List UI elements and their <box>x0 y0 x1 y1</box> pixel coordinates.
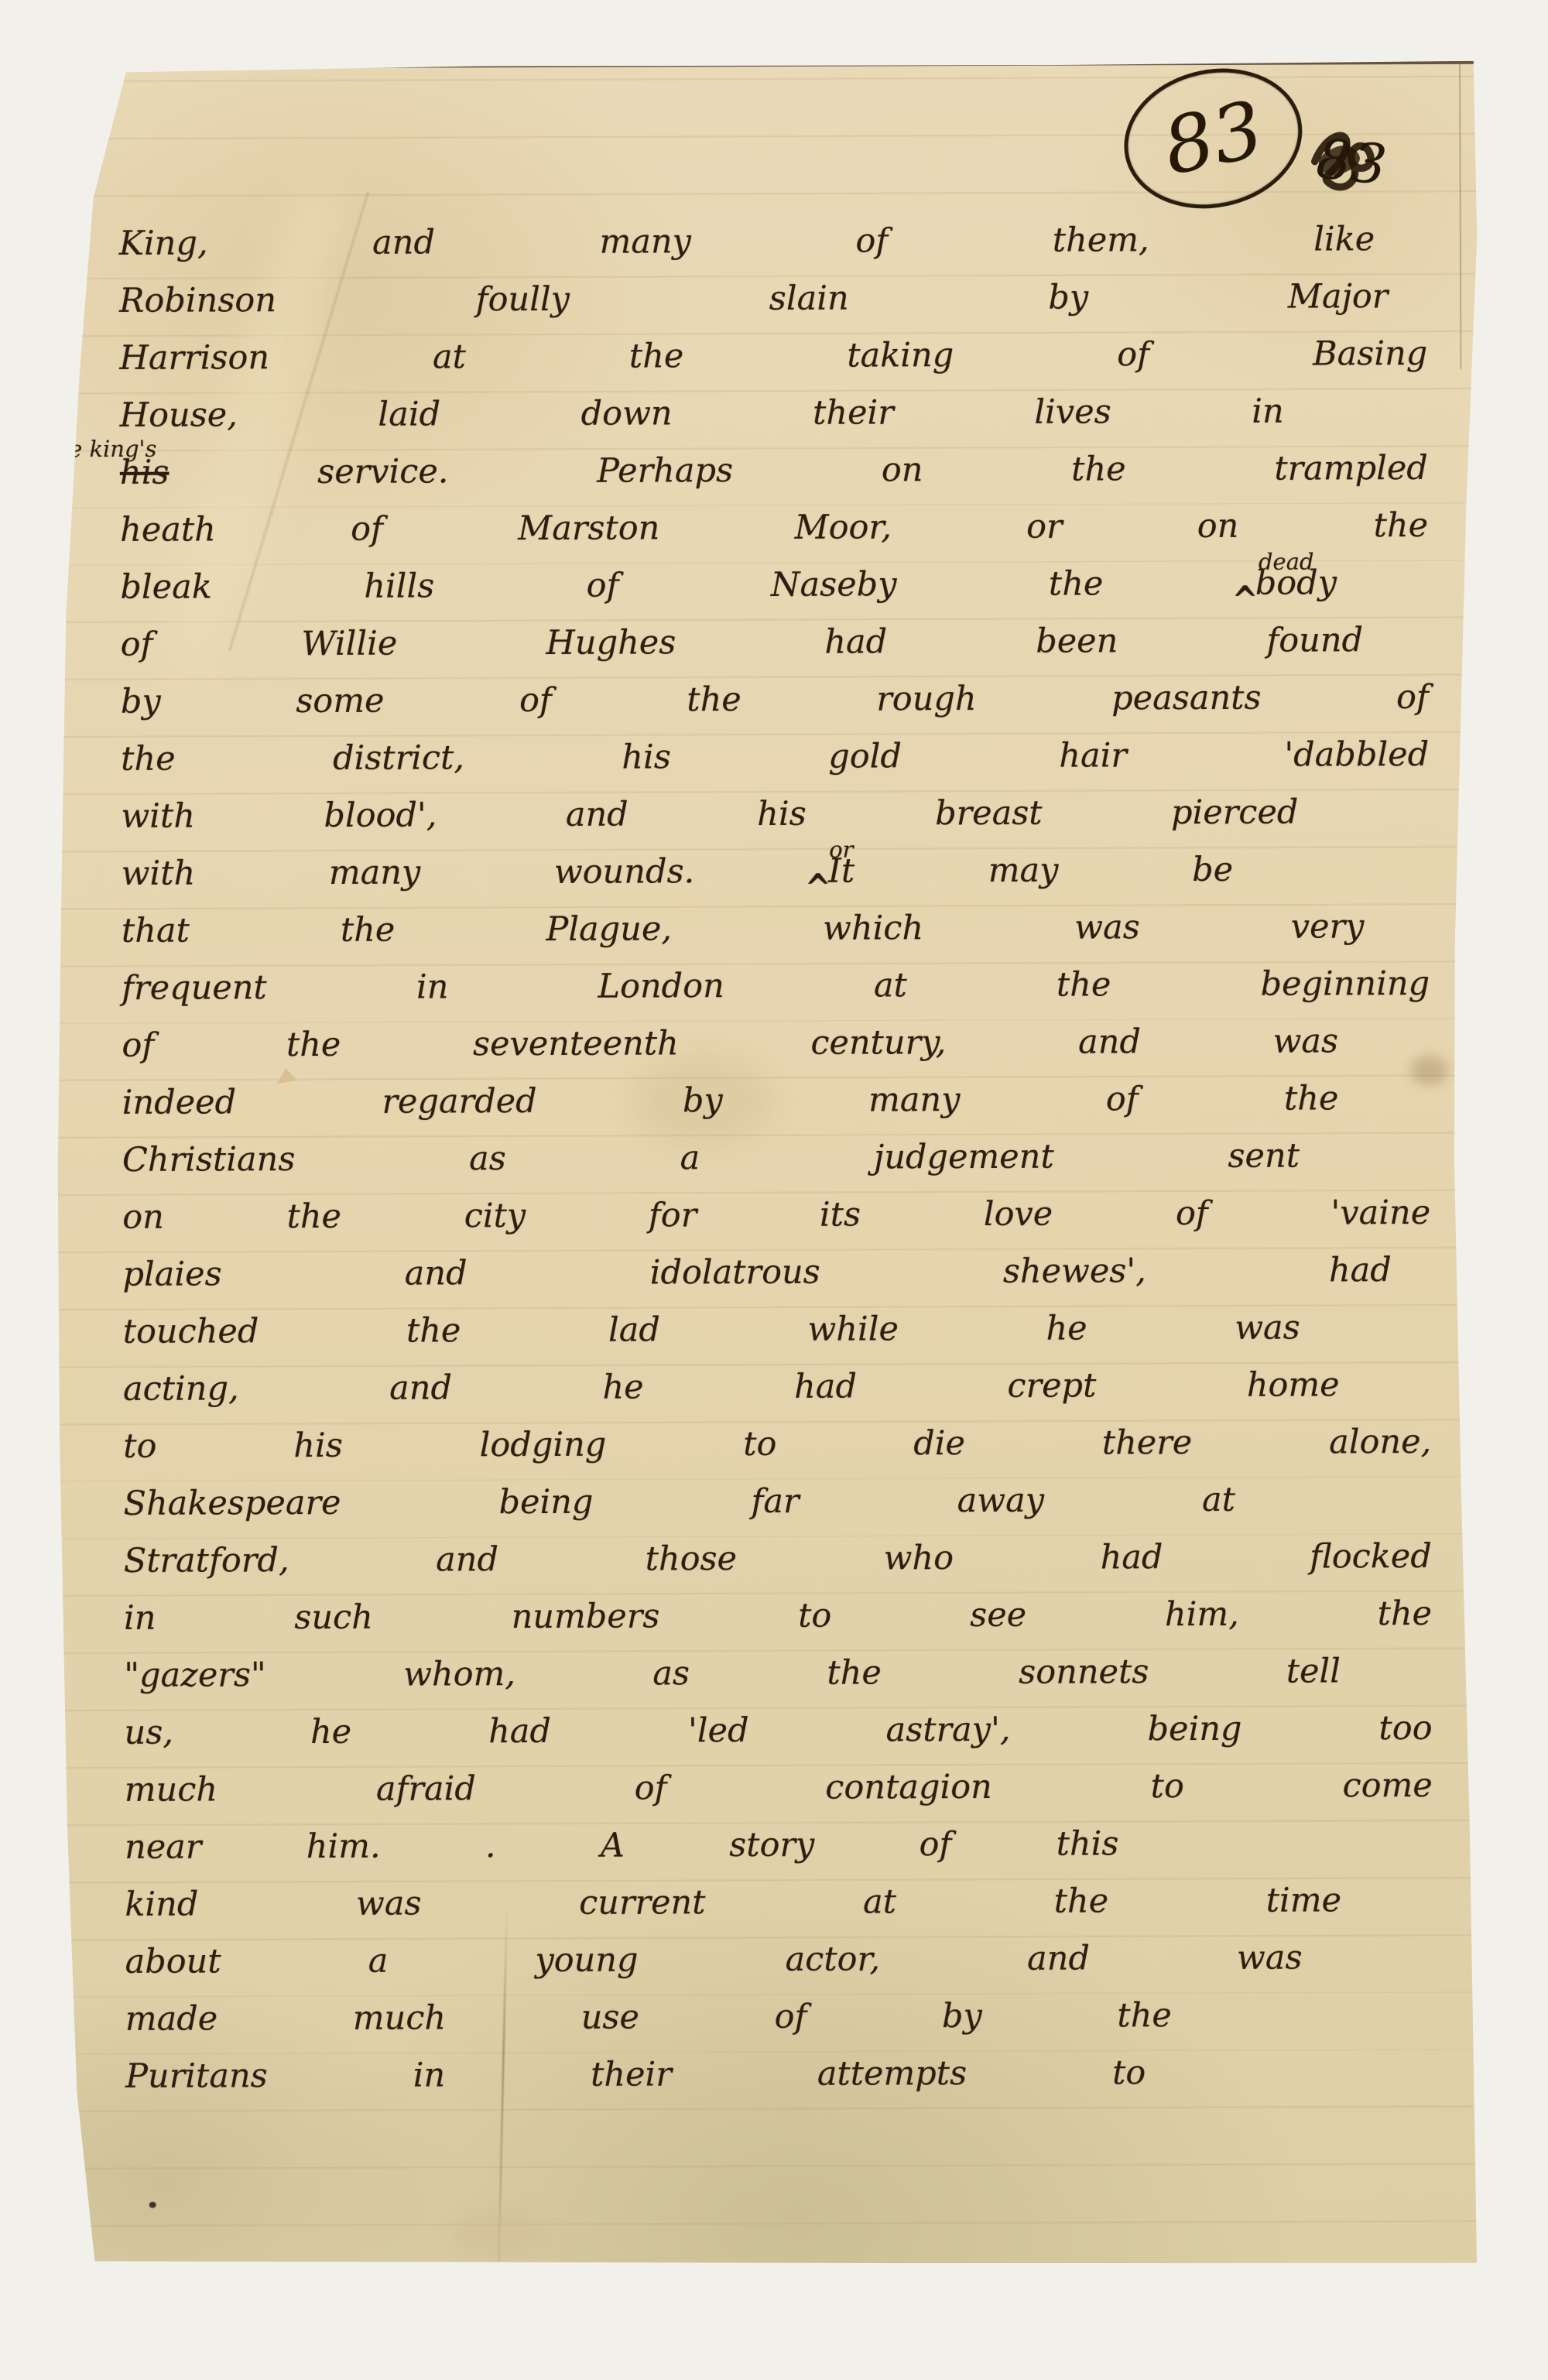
handwritten-word: of <box>635 1769 667 1807</box>
handwritten-word: A <box>601 1827 625 1865</box>
handwritten-word: in <box>416 967 449 1006</box>
manuscript-line: touchedtheladwhilehewas <box>123 1309 1300 1370</box>
handwritten-word: the <box>406 1311 461 1350</box>
handwritten-word: and <box>436 1540 498 1579</box>
caret-mark: ^ <box>1232 577 1259 623</box>
handwritten-word: come <box>1343 1766 1433 1805</box>
handwritten-word: afraid <box>376 1769 476 1808</box>
handwritten-word: numbers <box>512 1597 660 1636</box>
handwritten-word: the <box>1054 1882 1109 1920</box>
handwritten-word: while <box>807 1310 899 1348</box>
handwritten-word: blood', <box>324 796 437 835</box>
manuscript-line: bysomeoftheroughpeasantsof <box>121 678 1429 740</box>
handwritten-word: idolatrous <box>650 1253 820 1293</box>
handwritten-word: lives <box>1034 392 1111 431</box>
handwritten-word: be <box>1192 851 1233 889</box>
manuscript-line: frequentinLondonatthebeginning <box>122 964 1430 1026</box>
manuscript-line: mademuchuseofbythe <box>125 1996 1172 2057</box>
handwritten-word: plaies <box>122 1255 221 1293</box>
handwritten-word: to <box>1151 1767 1184 1806</box>
handwritten-word: was <box>1074 908 1140 947</box>
handwritten-word: taking <box>847 336 954 375</box>
handwritten-word: near <box>125 1828 202 1867</box>
handwritten-word: the <box>1049 564 1104 603</box>
handwritten-word: the <box>341 911 396 950</box>
handwritten-word: there <box>1102 1423 1193 1462</box>
handwritten-word: had <box>488 1712 551 1751</box>
ink-speck <box>149 2202 156 2208</box>
manuscript-line: indeedregardedbymanyofthe <box>122 1079 1339 1140</box>
handwritten-word: the <box>1378 1594 1433 1633</box>
handwritten-word: of <box>351 510 383 549</box>
manuscript-line: acting,andhehadcrepthome <box>123 1365 1340 1426</box>
handwritten-word: he <box>602 1368 643 1407</box>
handwritten-word: Plague, <box>546 909 672 949</box>
handwritten-word: young <box>535 1941 638 1980</box>
manuscript-line: King,andmanyofthem,like <box>119 220 1375 282</box>
handwritten-word: judgement <box>874 1138 1054 1177</box>
handwritten-word: the <box>286 1197 341 1236</box>
handwritten-word: Hughes <box>546 623 676 663</box>
handwritten-word: trampled <box>1274 449 1428 488</box>
handwritten-word: had <box>1101 1538 1163 1577</box>
handwritten-word: the <box>286 1026 341 1064</box>
handwritten-word: of <box>587 567 619 605</box>
handwritten-word: down <box>581 394 673 433</box>
handwritten-word: as <box>652 1654 690 1693</box>
handwritten-word: heath <box>120 510 216 549</box>
handwritten-word: lodging <box>480 1426 607 1465</box>
handwritten-word: attempts <box>817 2054 967 2094</box>
handwritten-word: had <box>824 622 887 661</box>
handwritten-word: regarded <box>382 1082 536 1122</box>
handwritten-word: him, <box>1165 1595 1239 1634</box>
handwritten-word: beginning <box>1260 964 1430 1004</box>
handwritten-word: a <box>368 1942 389 1981</box>
handwritten-word: the <box>1117 1996 1172 2035</box>
handwritten-word: of <box>122 1026 154 1065</box>
handwritten-word: of <box>519 681 552 720</box>
handwritten-word: slain <box>769 279 849 318</box>
handwritten-word: of <box>1396 678 1429 717</box>
handwritten-word: pierced <box>1171 793 1299 833</box>
handwritten-word: King, <box>119 224 208 263</box>
handwritten-word: bleak <box>120 567 212 606</box>
handwritten-word: or <box>1026 508 1063 546</box>
handwritten-word: his <box>622 738 671 776</box>
handwritten-word: Basing <box>1313 334 1427 374</box>
handwritten-word: in <box>413 2056 446 2094</box>
handwritten-word: by <box>1048 279 1088 317</box>
handwritten-word: 'dabbled <box>1284 735 1429 775</box>
handwritten-word: frequent <box>122 968 267 1008</box>
handwritten-word: with <box>122 854 196 893</box>
page-number: 83 <box>1157 91 1270 187</box>
handwritten-word: been <box>1036 622 1118 660</box>
page-number-scribble-blot: 83 <box>1293 110 1392 210</box>
handwritten-word: being <box>1147 1710 1241 1748</box>
handwritten-word: and <box>1078 1022 1141 1061</box>
manuscript-line: withblood',andhisbreastpierced <box>121 793 1298 854</box>
handwritten-word: the <box>1374 506 1429 545</box>
manuscript-line: House,laiddowntheirlivesin <box>120 392 1284 454</box>
manuscript-line: bleakhillsofNasebythebodydead^ <box>120 563 1337 625</box>
handwritten-word: time <box>1266 1881 1341 1919</box>
handwritten-word: was <box>1237 1939 1303 1978</box>
interline-insertion: the king's <box>46 436 157 463</box>
handwritten-word: and <box>405 1254 467 1293</box>
handwritten-word: House, <box>120 396 238 435</box>
handwritten-word: on <box>1197 507 1239 546</box>
handwritten-word: those <box>646 1539 738 1578</box>
handwritten-word: very <box>1291 907 1365 946</box>
handwritten-word: their <box>813 393 894 432</box>
handwritten-word: Christians <box>122 1140 296 1180</box>
handwritten-word: Perhaps <box>597 451 733 491</box>
handwritten-word: found <box>1266 621 1363 659</box>
handwritten-word: Naseby <box>771 565 897 604</box>
handwritten-word: hair <box>1059 736 1127 775</box>
manuscript-line: kindwascurrentatthetime <box>125 1881 1341 1942</box>
handwritten-word: he <box>310 1713 351 1752</box>
handwritten-word: by <box>942 1997 982 2036</box>
handwritten-word: of <box>919 1825 951 1864</box>
manuscript-line: us,hehad'ledastray',beingtoo <box>124 1709 1432 1771</box>
handwritten-word: by <box>121 683 161 721</box>
handwritten-word: had <box>794 1368 857 1406</box>
paper-right-edge <box>1459 61 1461 369</box>
handwritten-word: at <box>1202 1481 1235 1519</box>
handwritten-word: had <box>1329 1251 1392 1289</box>
handwritten-word: to <box>798 1597 831 1635</box>
manuscript-line: Christiansasajudgementsent <box>122 1137 1300 1198</box>
manuscript-page: 83 83 King,andmanyofthem,likeRobinsonfou… <box>41 61 1488 2268</box>
handwritten-word: 'led <box>688 1711 749 1750</box>
handwritten-word: the <box>1284 1079 1339 1118</box>
bottom-crease-highlight <box>451 2208 544 2255</box>
handwritten-word: rough <box>876 680 977 718</box>
manuscript-line: Shakespearebeingfarawayat <box>123 1481 1235 1542</box>
handwritten-word: of <box>121 625 153 664</box>
handwritten-word: seventeenth <box>473 1024 679 1063</box>
handwritten-word: sonnets <box>1019 1652 1149 1692</box>
manuscript-line: HarrisonatthetakingofBasing <box>119 334 1427 396</box>
manuscript-line: "gazers"whom,asthesonnetstell <box>124 1652 1341 1713</box>
manuscript-line: insuchnumberstoseehim,the <box>124 1594 1432 1656</box>
handwritten-word: some <box>296 682 384 721</box>
handwritten-word: at <box>863 1882 896 1921</box>
handwritten-word: Puritans <box>125 2056 268 2096</box>
handwritten-word: with <box>121 797 195 836</box>
handwritten-word: to <box>1112 2053 1146 2092</box>
handwritten-word: and <box>1027 1940 1090 1978</box>
handwritten-word: of <box>1106 1080 1139 1118</box>
handwritten-word: . <box>485 1827 496 1865</box>
handwritten-word: shewes', <box>1003 1252 1146 1291</box>
handwritten-word: at <box>874 966 907 1005</box>
photograph-background: { "page": { "page_number": "83", "page_n… <box>0 0 1548 2380</box>
handwritten-word: laid <box>378 395 440 433</box>
handwritten-word: being <box>498 1483 593 1522</box>
handwritten-word: use <box>581 1998 639 2037</box>
handwritten-word: many <box>329 854 421 892</box>
handwritten-word: "gazers" <box>124 1656 266 1695</box>
handwritten-word: actor, <box>786 1940 881 1978</box>
handwritten-word: in <box>1252 392 1284 431</box>
handwritten-word: may <box>988 851 1059 890</box>
handwritten-word: he <box>1046 1310 1087 1348</box>
handwritten-word: far <box>751 1482 799 1521</box>
manuscript-line: aboutayoungactor,andwas <box>125 1939 1303 2000</box>
handwritten-word: the <box>687 680 741 719</box>
handwritten-word: was <box>356 1885 422 1923</box>
handwritten-word: on <box>122 1198 164 1237</box>
handwritten-word: their <box>591 2055 672 2094</box>
handwritten-word: Shakespeare <box>123 1484 341 1523</box>
handwritten-word: story <box>729 1826 814 1865</box>
handwritten-word: see <box>970 1596 1026 1635</box>
handwritten-word: indeed <box>122 1083 237 1122</box>
handwritten-word: foully <box>476 280 570 319</box>
handwritten-word: like <box>1313 220 1375 259</box>
handwritten-word: too <box>1378 1709 1432 1748</box>
handwritten-word: of <box>855 221 888 260</box>
handwritten-word: Harrison <box>119 338 269 378</box>
handwritten-word: for <box>649 1196 697 1235</box>
handwritten-word: his <box>293 1426 343 1465</box>
manuscript-line: thedistrict,hisgoldhair'dabbled <box>121 735 1429 797</box>
handwritten-word: crept <box>1007 1367 1096 1406</box>
handwritten-word: away <box>957 1481 1045 1520</box>
handwritten-word: which <box>823 909 923 947</box>
handwritten-word: the <box>827 1653 882 1692</box>
handwritten-word: them, <box>1053 221 1149 259</box>
manuscript-line: thatthePlague,whichwasvery <box>122 907 1365 969</box>
handwritten-word: Major <box>1288 277 1389 316</box>
handwritten-word: Robinson <box>119 281 276 320</box>
manuscript-line: Puritansintheirattemptsto <box>125 2053 1146 2115</box>
handwritten-word: of <box>1176 1194 1208 1233</box>
handwritten-word: the <box>1071 450 1126 488</box>
handwritten-word: contagion <box>825 1768 992 1807</box>
handwritten-word: tell <box>1286 1652 1341 1690</box>
handwritten-word: who <box>884 1539 954 1577</box>
page-number-circled: 83 <box>1111 52 1315 224</box>
handwritten-word: Willie <box>301 625 397 663</box>
handwritten-word: sent <box>1228 1137 1300 1176</box>
manuscript-line: oftheseventeenthcentury,andwas <box>122 1022 1338 1083</box>
handwritten-word: in <box>124 1599 156 1638</box>
handwritten-word: love <box>984 1195 1053 1234</box>
handwritten-word: wounds. <box>554 852 695 892</box>
handwritten-word: to <box>743 1425 776 1464</box>
handwritten-word: about <box>125 1942 221 1981</box>
handwritten-word: a <box>680 1139 700 1177</box>
handwritten-word: flocked <box>1310 1537 1432 1577</box>
handwritten-word: 'vaine <box>1331 1193 1430 1232</box>
handwritten-word: current <box>579 1883 705 1923</box>
handwritten-word: and <box>566 796 628 834</box>
handwritten-word: London <box>598 967 724 1006</box>
manuscript-line: tohislodgingtodietherealone, <box>123 1423 1431 1485</box>
handwritten-word: histhe king's <box>120 454 170 492</box>
handwritten-word: gold <box>828 737 902 776</box>
handwritten-word: much <box>353 1998 446 2037</box>
handwritten-word: that <box>122 912 190 950</box>
handwritten-word: district, <box>333 738 464 778</box>
manuscript-line: Stratford,andthosewhohadflocked <box>124 1537 1432 1599</box>
handwritten-word: made <box>125 1999 218 2038</box>
handwritten-word: the <box>629 337 684 375</box>
handwritten-word: and <box>389 1368 452 1407</box>
handwritten-word: kind <box>125 1885 198 1924</box>
handwritten-word: Stratford, <box>124 1541 289 1580</box>
manuscript-line: withmanywounds.Itor^maybe <box>122 851 1234 912</box>
manuscript-line: RobinsonfoullyslainbyMajor <box>119 277 1389 339</box>
handwritten-word: his <box>757 795 807 834</box>
handwritten-word: many <box>599 222 691 261</box>
handwritten-word: city <box>464 1197 526 1235</box>
handwritten-word: at <box>433 337 466 376</box>
handwritten-word: the <box>121 740 176 779</box>
handwritten-word: its <box>820 1196 861 1235</box>
manuscript-line: ofWillieHugheshadbeenfound <box>121 621 1364 683</box>
handwritten-word: acting, <box>123 1369 239 1409</box>
handwritten-word: on <box>882 450 923 489</box>
handwritten-word: by <box>683 1081 723 1120</box>
handwritten-word: him. <box>307 1827 381 1866</box>
interline-insertion: or <box>829 837 853 863</box>
manuscript-text: King,andmanyofthem,likeRobinsonfoullysla… <box>119 220 1434 2115</box>
handwritten-word: breast <box>935 794 1043 833</box>
manuscript-lines: King,andmanyofthem,likeRobinsonfoullysla… <box>119 220 1434 2115</box>
handwritten-word: was <box>1235 1309 1300 1348</box>
handwritten-word: Marston <box>518 509 659 548</box>
handwritten-word: such <box>294 1598 373 1637</box>
manuscript-line: muchafraidofcontagiontocome <box>125 1766 1433 1828</box>
handwritten-word: Itor^ <box>828 852 854 891</box>
handwritten-word: astray', <box>885 1711 1010 1750</box>
caret-mark: ^ <box>805 865 831 911</box>
handwritten-word: century, <box>810 1023 946 1063</box>
handwritten-word: alone, <box>1329 1423 1431 1461</box>
handwritten-word: of <box>774 1998 807 2036</box>
handwritten-word: and <box>372 223 435 262</box>
paper-top-edge <box>122 61 1481 69</box>
handwritten-word: as <box>469 1139 506 1178</box>
manuscript-line: histhe king'sservice.Perhapsonthetrample… <box>120 449 1428 511</box>
handwritten-word: many <box>868 1080 961 1119</box>
manuscript-line: heathofMarstonMoor,oronthe <box>120 506 1428 568</box>
handwritten-word: to <box>123 1427 156 1466</box>
handwritten-word: bodydead^ <box>1255 563 1337 602</box>
handwritten-word: much <box>125 1770 217 1809</box>
handwritten-word: hills <box>364 567 434 605</box>
handwritten-word: this <box>1057 1824 1119 1863</box>
manuscript-line: onthecityforitsloveof'vaine <box>122 1193 1430 1255</box>
handwritten-word: service. <box>317 452 448 491</box>
manuscript-line: plaiesandidolatrousshewes',had <box>122 1251 1392 1313</box>
handwritten-word: the <box>1057 965 1111 1004</box>
handwritten-word: was <box>1272 1022 1338 1060</box>
handwritten-word: touched <box>123 1312 259 1351</box>
handwritten-word: home <box>1247 1365 1340 1404</box>
interline-insertion: dead <box>1259 549 1314 575</box>
handwritten-word: of <box>1117 335 1149 374</box>
manuscript-line: nearhim..Astoryofthis <box>125 1824 1119 1885</box>
handwritten-word: peasants <box>1111 679 1262 718</box>
handwritten-word: whom, <box>403 1655 515 1694</box>
handwritten-word: lad <box>608 1310 660 1349</box>
handwritten-word: Moor, <box>794 508 891 546</box>
handwritten-word: us, <box>124 1714 173 1752</box>
handwritten-word: die <box>913 1424 965 1463</box>
